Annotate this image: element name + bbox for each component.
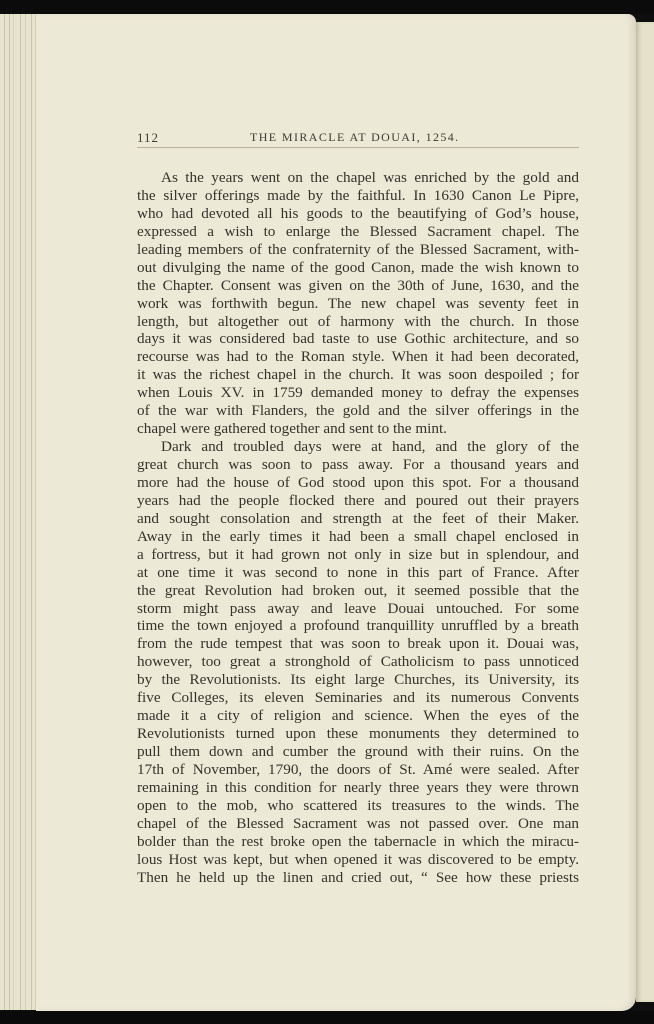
text-line: 17th of November, 1790, the doors of St.…	[137, 761, 579, 779]
text-line: Revolutionists turned upon these monumen…	[137, 725, 579, 743]
text-line: the silver offerings made by the faithfu…	[137, 187, 579, 205]
header-rule	[137, 147, 579, 148]
text-line: expressed a wish to enlarge the Blessed …	[137, 223, 579, 241]
body-text: As the years went on the chapel was enri…	[137, 169, 579, 887]
page-edge	[31, 14, 32, 1010]
text-line: bolder than the rest broke open the tabe…	[137, 833, 579, 851]
scan-background-bottom	[0, 1011, 654, 1024]
text-line: out divulging the name of the good Canon…	[137, 259, 579, 277]
text-line: it was the richest chapel in the church.…	[137, 366, 579, 384]
text-line: great church was soon to pass away. For …	[137, 456, 579, 474]
text-line: Dark and troubled days were at hand, and…	[137, 438, 579, 456]
paragraph-1: As the years went on the chapel was enri…	[137, 169, 579, 438]
text-line: storm might pass away and leave Douai un…	[137, 600, 579, 618]
page-edge	[20, 14, 21, 1010]
text-line: Then he held up the linen and cried out,…	[137, 869, 579, 887]
running-title: THE MIRACLE AT DOUAI, 1254.	[250, 130, 460, 145]
scanned-book-page: 112 THE MIRACLE AT DOUAI, 1254. As the y…	[0, 0, 654, 1024]
scan-background-top	[0, 0, 654, 14]
text-line: made it a city of religion and science. …	[137, 707, 579, 725]
text-line: recourse was had to the Roman style. Whe…	[137, 348, 579, 366]
page-edge	[4, 14, 5, 1010]
text-line: the Chapter. Consent was given on the 30…	[137, 277, 579, 295]
text-line: the great Revolution had broken out, it …	[137, 582, 579, 600]
text-line: Away in the early times it had been a sm…	[137, 528, 579, 546]
text-line: length, but altogether out of harmony wi…	[137, 313, 579, 331]
adjacent-page-edge	[636, 22, 654, 1002]
page-edge	[9, 14, 10, 1010]
text-line: As the years went on the chapel was enri…	[137, 169, 579, 187]
running-head: 112 THE MIRACLE AT DOUAI, 1254.	[36, 128, 636, 148]
text-line: at one time it was second to none in thi…	[137, 564, 579, 582]
text-line: work was forthwith begun. The new chapel…	[137, 295, 579, 313]
text-line: leading members of the confraternity of …	[137, 241, 579, 259]
text-line: five Colleges, its eleven Seminaries and…	[137, 689, 579, 707]
text-line: a fortress, but it had grown not only in…	[137, 546, 579, 564]
text-line: lous Host was kept, but when opened it w…	[137, 851, 579, 869]
text-line: and sought consolation and strength at t…	[137, 510, 579, 528]
text-line: open to the mob, who scattered its treas…	[137, 797, 579, 815]
text-line: chapel of the Blessed Sacrament was not …	[137, 815, 579, 833]
text-line: years had the people flocked there and p…	[137, 492, 579, 510]
text-line: from the rude tempest that was soon to b…	[137, 635, 579, 653]
text-line: time the town enjoyed a profound tranqui…	[137, 617, 579, 635]
text-line: of the war with Flanders, the gold and t…	[137, 402, 579, 420]
text-line: remaining in this condition for nearly t…	[137, 779, 579, 797]
page-edge	[13, 14, 14, 1010]
page-edges-stack	[0, 14, 38, 1010]
book-page: 112 THE MIRACLE AT DOUAI, 1254. As the y…	[36, 14, 636, 1011]
text-line: days it was considered bad taste to use …	[137, 330, 579, 348]
text-line: by the Revolutionists. Its eight large C…	[137, 671, 579, 689]
text-line: more had the house of God stood upon thi…	[137, 474, 579, 492]
text-line: however, too great a stronghold of Catho…	[137, 653, 579, 671]
text-line: chapel were gathered together and sent t…	[137, 420, 579, 438]
text-line: who had devoted all his goods to the bea…	[137, 205, 579, 223]
page-number: 112	[137, 130, 159, 146]
page-edge	[25, 14, 26, 1010]
text-line: pull them down and cumber the ground wit…	[137, 743, 579, 761]
text-line: when Louis XV. in 1759 demanded money to…	[137, 384, 579, 402]
paragraph-2: Dark and troubled days were at hand, and…	[137, 438, 579, 886]
